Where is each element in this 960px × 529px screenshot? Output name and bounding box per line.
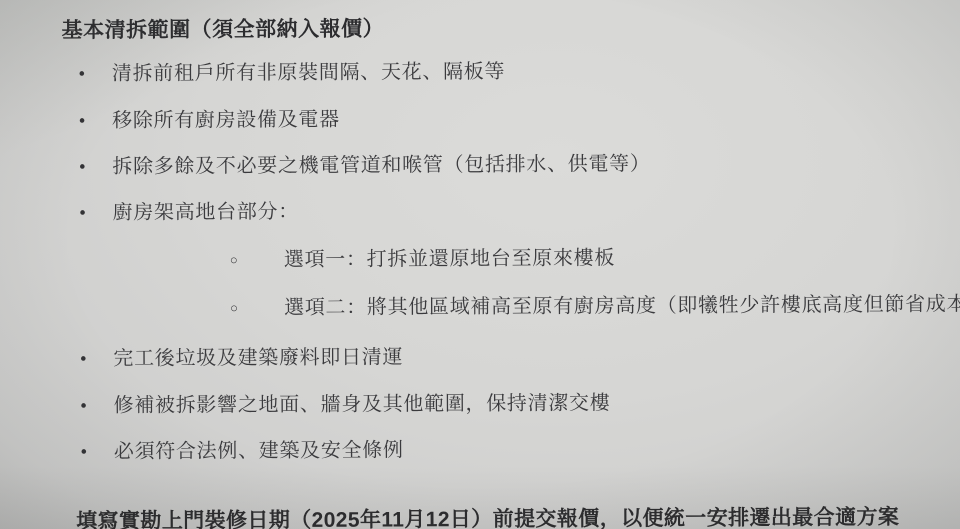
list-item-text: 清拆前租戶所有非原裝間隔、天花、隔板等 bbox=[112, 60, 505, 87]
list-item-text: 移除所有廚房設備及電器 bbox=[112, 108, 340, 134]
list-item: • 必須符合法例、建築及安全條例 bbox=[81, 438, 404, 465]
document-photo: 基本清拆範圍（須全部納入報價） • 清拆前租戶所有非原裝間隔、天花、隔板等 • … bbox=[0, 0, 960, 529]
circle-bullet-icon: ○ bbox=[230, 296, 284, 320]
list-item-text: 選項二：將其他區域補高至原有廚房高度（即犧牲少許樓底高度但節省成本） bbox=[284, 292, 960, 321]
list-item-text: 廚房架高地台部分： bbox=[113, 200, 299, 226]
list-item: • 清拆前租戶所有非原裝間隔、天花、隔板等 bbox=[79, 60, 505, 87]
document-content: 基本清拆範圍（須全部納入報價） • 清拆前租戶所有非原裝間隔、天花、隔板等 • … bbox=[0, 0, 960, 529]
bullet-icon: • bbox=[81, 440, 114, 464]
list-item-text: 必須符合法例、建築及安全條例 bbox=[114, 438, 404, 465]
bullet-icon: • bbox=[81, 394, 114, 418]
list-item-text: 完工後垃圾及建築廢料即日清運 bbox=[113, 345, 403, 372]
list-item: • 廚房架高地台部分： bbox=[80, 200, 299, 226]
bullet-icon: • bbox=[79, 109, 112, 133]
sub-list-item: ○ 選項一：打拆並還原地台至原來樓板 bbox=[230, 246, 615, 273]
list-item-text: 選項一：打拆並還原地台至原來樓板 bbox=[284, 246, 615, 273]
page-title: 基本清拆範圍（須全部納入報價） bbox=[62, 12, 385, 44]
sub-list-item: ○ 選項二：將其他區域補高至原有廚房高度（即犧牲少許樓底高度但節省成本） bbox=[230, 292, 960, 321]
list-item-text: 拆除多餘及不必要之機電管道和喉管（包括排水、供電等） bbox=[112, 152, 650, 180]
list-item: • 完工後垃圾及建築廢料即日清運 bbox=[80, 345, 403, 372]
list-item: • 移除所有廚房設備及電器 bbox=[79, 108, 340, 134]
bullet-icon: • bbox=[79, 62, 112, 86]
bullet-icon: • bbox=[80, 201, 113, 225]
list-item-text: 修補被拆影響之地面、牆身及其他範圍，保持清潔交樓 bbox=[114, 391, 611, 419]
bullet-icon: • bbox=[79, 155, 112, 179]
footer-note-clipped: 填寫實勘上門裝修日期（2025年11月12日）前提交報價，以便統一安排遷出最合適… bbox=[76, 501, 899, 529]
circle-bullet-icon: ○ bbox=[230, 248, 284, 272]
list-item: • 拆除多餘及不必要之機電管道和喉管（包括排水、供電等） bbox=[79, 152, 650, 180]
list-item: • 修補被拆影響之地面、牆身及其他範圍，保持清潔交樓 bbox=[81, 391, 611, 419]
bullet-icon: • bbox=[80, 347, 113, 371]
